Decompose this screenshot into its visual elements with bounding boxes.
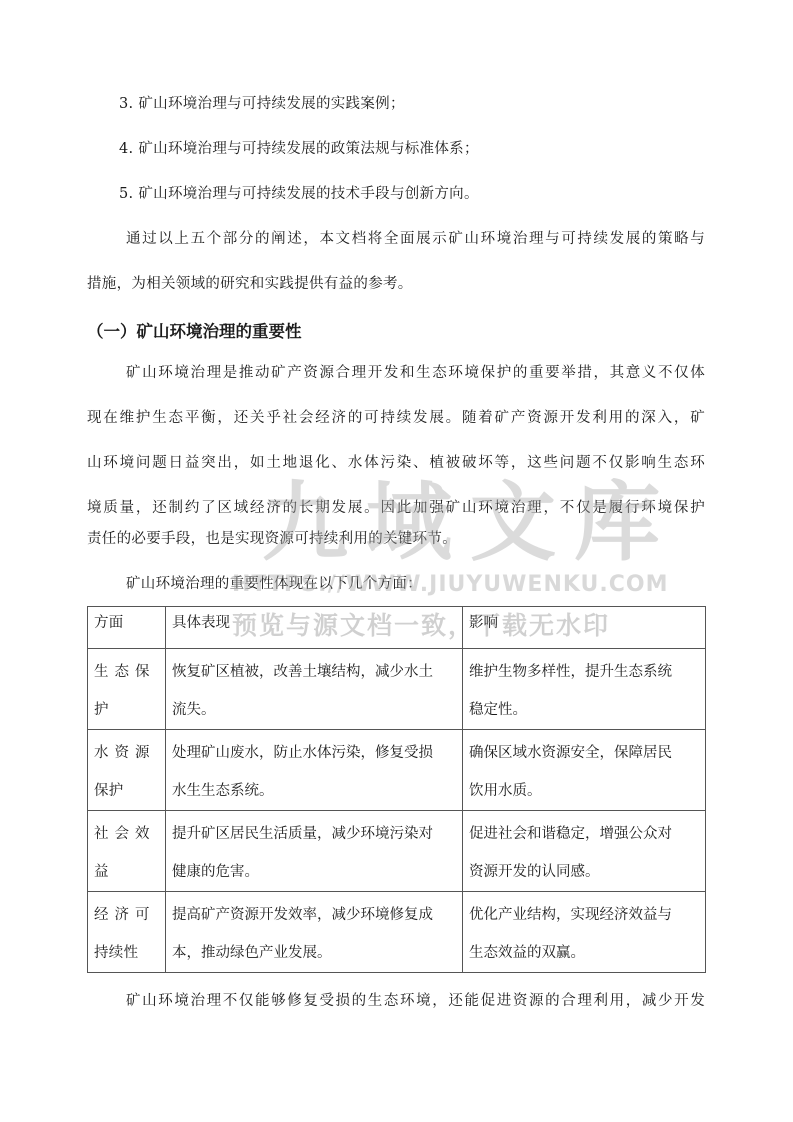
- cell-manifestation-line: 提高矿产资源开发效率，减少环境修复成: [172, 896, 456, 934]
- cell-manifestation-line: 健康的危害。: [172, 853, 456, 891]
- table-row: 经济可 持续性 提高矿产资源开发效率，减少环境修复成 本，推动绿色产业发展。 优…: [88, 892, 706, 973]
- table-intro: 矿山环境治理的重要性体现在以下几个方面：: [126, 574, 422, 594]
- cell-manifestation-line: 本，推动绿色产业发展。: [172, 934, 456, 972]
- cell-impact: 优化产业结构，实现经济效益与 生态效益的双赢。: [463, 892, 706, 973]
- list-item-3: 3. 矿山环境治理与可持续发展的实践案例；: [119, 94, 405, 114]
- section-heading: （一）矿山环境治理的重要性: [87, 321, 302, 343]
- header-aspect: 方面: [88, 607, 166, 649]
- cell-impact: 维护生物多样性，提升生态系统 稳定性。: [463, 649, 706, 730]
- cell-manifestation: 处理矿山废水，防止水体污染，修复受损 水生生态系统。: [166, 730, 463, 811]
- cell-impact-line: 饮用水质。: [469, 772, 699, 810]
- watermark-brand: 九域文库: [262, 478, 678, 568]
- summary-paragraph-line-1: 通过以上五个部分的阐述，本文档将全面展示矿山环境治理与可持续发展的策略与: [126, 229, 705, 249]
- cell-aspect-line: 保护: [94, 772, 159, 810]
- table-row: 水资源 保护 处理矿山废水，防止水体污染，修复受损 水生生态系统。 确保区域水资…: [88, 730, 706, 811]
- cell-aspect-line: 社会效: [94, 815, 159, 853]
- importance-table: 方面 具体表现 影响 生态保 护 恢复矿区植被，改善土壤结构，减少水土 流失。 …: [87, 606, 706, 973]
- table-header-row: 方面 具体表现 影响: [88, 607, 706, 649]
- cell-aspect: 社会效 益: [88, 811, 166, 892]
- table-row: 生态保 护 恢复矿区植被，改善土壤结构，减少水土 流失。 维护生物多样性，提升生…: [88, 649, 706, 730]
- cell-impact-line: 维护生物多样性，提升生态系统: [469, 653, 699, 691]
- importance-paragraph-line-3: 山环境问题日益突出，如土地退化、水体污染、植被破坏等，这些问题不仅影响生态环: [87, 453, 705, 473]
- cell-aspect-line: 生态保: [94, 653, 159, 691]
- importance-paragraph-line-2: 现在维护生态平衡，还关乎社会经济的可持续发展。随着矿产资源开发利用的深入，矿: [87, 408, 705, 428]
- cell-manifestation-line: 流失。: [172, 691, 456, 729]
- cell-impact: 促进社会和谐稳定，增强公众对 资源开发的认同感。: [463, 811, 706, 892]
- cell-impact-line: 优化产业结构，实现经济效益与: [469, 896, 699, 934]
- list-item-4: 4. 矿山环境治理与可持续发展的政策法规与标准体系；: [119, 139, 479, 159]
- cell-aspect-line: 经济可: [94, 896, 159, 934]
- cell-impact-line: 生态效益的双赢。: [469, 934, 699, 972]
- cell-aspect-line: 护: [94, 691, 159, 729]
- cell-manifestation: 提升矿区居民生活质量，减少环境污染对 健康的危害。: [166, 811, 463, 892]
- cell-manifestation-line: 提升矿区居民生活质量，减少环境污染对: [172, 815, 456, 853]
- cell-aspect: 经济可 持续性: [88, 892, 166, 973]
- cell-manifestation-line: 处理矿山废水，防止水体污染，修复受损: [172, 734, 456, 772]
- cell-impact-line: 资源开发的认同感。: [469, 853, 699, 891]
- summary-paragraph-line-2: 措施，为相关领域的研究和实践提供有益的参考。: [87, 274, 413, 294]
- cell-impact-line: 稳定性。: [469, 691, 699, 729]
- importance-paragraph-line-5: 责任的必要手段，也是实现资源可持续利用的关键环节。: [87, 529, 457, 549]
- cell-aspect-line: 益: [94, 853, 159, 891]
- cell-impact-line: 促进社会和谐稳定，增强公众对: [469, 815, 699, 853]
- cell-aspect: 水资源 保护: [88, 730, 166, 811]
- header-manifestation: 具体表现: [166, 607, 463, 649]
- cell-manifestation-line: 水生生态系统。: [172, 772, 456, 810]
- cell-aspect: 生态保 护: [88, 649, 166, 730]
- list-item-5: 5. 矿山环境治理与可持续发展的技术手段与创新方向。: [119, 184, 479, 204]
- closing-paragraph-line-1: 矿山环境治理不仅能够修复受损的生态环境，还能促进资源的合理利用，减少开发: [126, 991, 705, 1011]
- cell-impact: 确保区域水资源安全，保障居民 饮用水质。: [463, 730, 706, 811]
- cell-manifestation-line: 恢复矿区植被，改善土壤结构，减少水土: [172, 653, 456, 691]
- importance-paragraph-line-4: 境质量，还制约了区域经济的长期发展。因此加强矿山环境治理，不仅是履行环境保护: [87, 498, 705, 518]
- cell-impact-line: 确保区域水资源安全，保障居民: [469, 734, 699, 772]
- cell-manifestation: 恢复矿区植被，改善土壤结构，减少水土 流失。: [166, 649, 463, 730]
- cell-aspect-line: 持续性: [94, 934, 159, 972]
- table-row: 社会效 益 提升矿区居民生活质量，减少环境污染对 健康的危害。 促进社会和谐稳定…: [88, 811, 706, 892]
- cell-aspect-line: 水资源: [94, 734, 159, 772]
- importance-paragraph-line-1: 矿山环境治理是推动矿产资源合理开发和生态环境保护的重要举措，其意义不仅体: [126, 363, 705, 383]
- header-impact: 影响: [463, 607, 706, 649]
- cell-manifestation: 提高矿产资源开发效率，减少环境修复成 本，推动绿色产业发展。: [166, 892, 463, 973]
